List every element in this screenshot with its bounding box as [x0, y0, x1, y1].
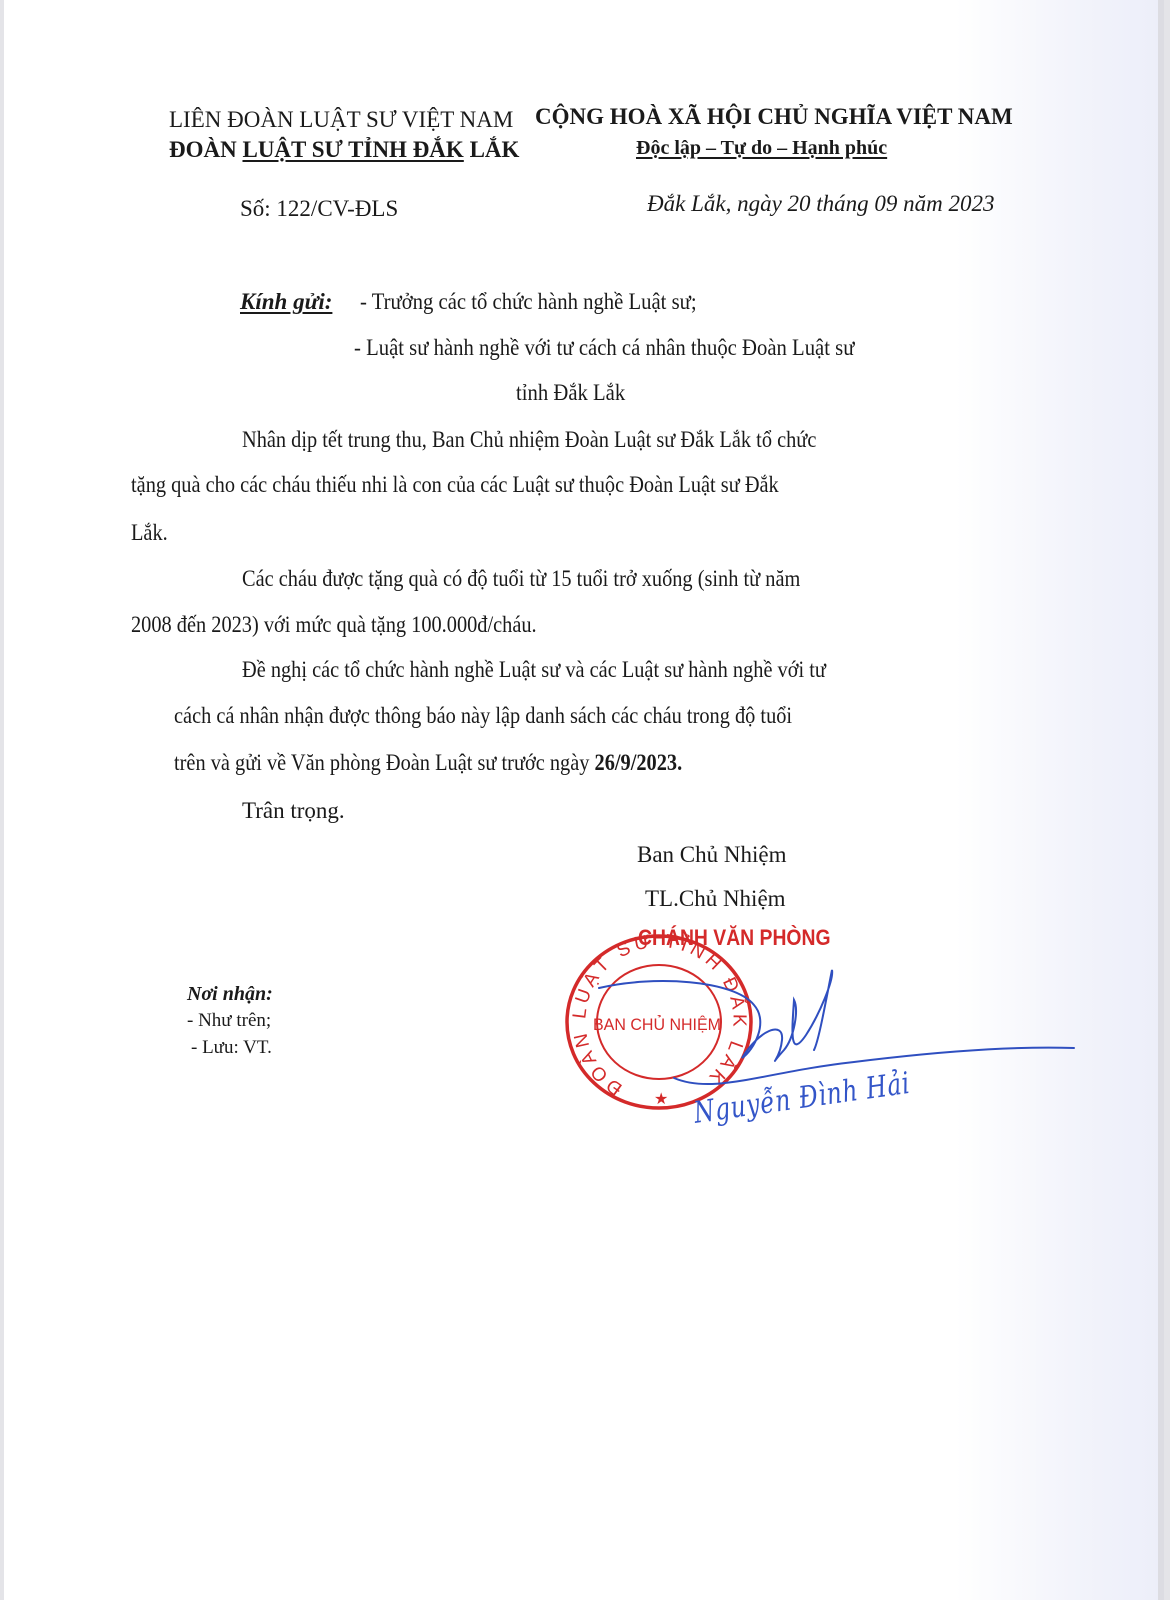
- place-date: Đắk Lắk, ngày 20 tháng 09 năm 2023: [647, 191, 995, 217]
- signer-title: TL.Chủ Nhiệm: [645, 886, 786, 912]
- national-motto: Độc lập – Tự do – Hạnh phúc: [636, 137, 887, 160]
- recipients-label: Kính gửi:: [240, 289, 332, 315]
- body-line: Các cháu được tặng quà có độ tuổi từ 15 …: [242, 566, 800, 592]
- recipient-item: - Luật sư hành nghề với tư cách cá nhân …: [354, 335, 854, 361]
- document-page: LIÊN ĐOÀN LUẬT SƯ VIỆT NAM ĐOÀN LUẬT SƯ …: [4, 0, 1164, 1600]
- body-line: trên và gửi về Văn phòng Đoàn Luật sư tr…: [174, 750, 682, 776]
- body-line: Nhân dịp tết trung thu, Ban Chủ nhiệm Đo…: [242, 427, 816, 453]
- footer-recipients-label: Nơi nhận:: [187, 983, 273, 1006]
- closing: Trân trọng.: [242, 798, 345, 824]
- national-title: CỘNG HOÀ XÃ HỘI CHỦ NGHĨA VIỆT NAM: [535, 104, 1013, 130]
- body-line: cách cá nhân nhận được thông báo này lập…: [174, 703, 792, 729]
- body-line: Đề nghị các tổ chức hành nghề Luật sư và…: [242, 657, 826, 683]
- footer-recipient-item: - Như trên;: [187, 1010, 271, 1032]
- body-line-text: trên và gửi về Văn phòng Đoàn Luật sư tr…: [174, 750, 595, 775]
- org-name-suffix: LẮK: [464, 137, 520, 162]
- recipient-item: - Trưởng các tổ chức hành nghề Luật sư;: [360, 289, 697, 315]
- org-name-underlined: LUẬT SƯ TỈNH ĐẮK: [242, 137, 463, 162]
- body-line: 2008 đến 2023) với mức quà tặng 100.000đ…: [131, 612, 537, 638]
- signer-body: Ban Chủ Nhiệm: [637, 842, 787, 868]
- footer-recipient-item: - Lưu: VT.: [191, 1037, 272, 1059]
- org-parent: LIÊN ĐOÀN LUẬT SƯ VIỆT NAM: [169, 107, 513, 133]
- org-name: ĐOÀN LUẬT SƯ TỈNH ĐẮK LẮK: [169, 137, 519, 163]
- org-name-prefix: ĐOÀN: [169, 137, 242, 162]
- recipient-item: tỉnh Đắk Lắk: [516, 380, 625, 406]
- document-number: Số: 122/CV-ĐLS: [240, 196, 398, 222]
- body-line: tặng quà cho các cháu thiếu nhi là con c…: [131, 472, 779, 498]
- deadline-date: 26/9/2023.: [595, 750, 683, 775]
- page-edge: [1158, 0, 1164, 1600]
- body-line: Lắk.: [131, 520, 168, 546]
